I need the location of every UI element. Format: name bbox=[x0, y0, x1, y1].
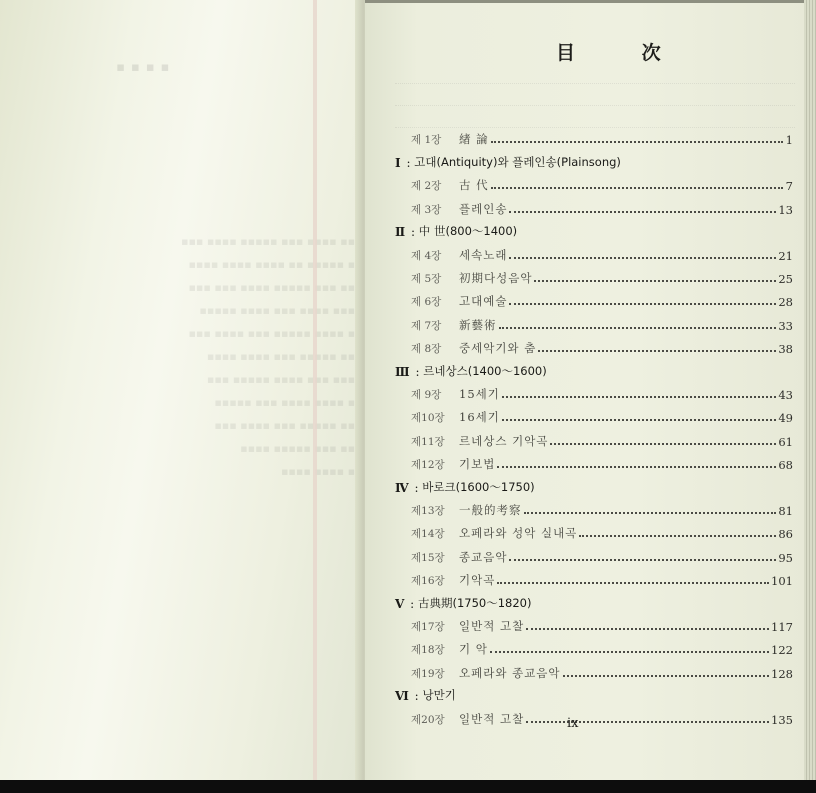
page-crease bbox=[313, 0, 317, 782]
dot-leader bbox=[534, 280, 776, 282]
toc-entry: 제 1장 緖 論 1 bbox=[393, 124, 793, 147]
page-number: 28 bbox=[778, 295, 793, 309]
chapter-title: 일반적 고찰 bbox=[455, 711, 524, 727]
toc-entry: 제 8장 중세악기와 춤 38 bbox=[393, 333, 793, 356]
toc-entry: 제17장 일반적 고찰 117 bbox=[393, 611, 793, 634]
dot-leader bbox=[526, 628, 769, 630]
toc-part-heading: Ⅱ : 中 世(800～1400) bbox=[393, 217, 793, 240]
chapter-title: 플레인송 bbox=[455, 201, 507, 217]
chapter-number: 제 2장 bbox=[411, 178, 455, 193]
part-title: 낭만기 bbox=[422, 687, 455, 703]
page-number: 1 bbox=[785, 133, 793, 147]
page-fore-edge bbox=[804, 0, 816, 782]
chapter-title: 古 代 bbox=[455, 177, 489, 193]
dot-leader bbox=[524, 512, 777, 514]
page-number: 117 bbox=[771, 620, 793, 634]
dot-leader bbox=[497, 466, 776, 468]
dot-leader bbox=[502, 419, 777, 421]
dot-leader bbox=[497, 582, 769, 584]
part-numeral: Ⅱ bbox=[395, 225, 405, 239]
chapter-title: 종교음악 bbox=[455, 549, 507, 565]
toc-entry: 제12장 기보법 68 bbox=[393, 449, 793, 472]
chapter-number: 제 3장 bbox=[411, 202, 455, 217]
chapter-number: 제 7장 bbox=[411, 318, 455, 333]
chapter-number: 제13장 bbox=[411, 503, 455, 518]
chapter-number: 제 1장 bbox=[411, 132, 455, 147]
chapter-number: 제16장 bbox=[411, 573, 455, 588]
part-title: 바로크(1600～1750) bbox=[422, 479, 534, 495]
page-number: 38 bbox=[778, 342, 793, 356]
chapter-number: 제15장 bbox=[411, 550, 455, 565]
page-number: 128 bbox=[771, 667, 793, 681]
part-numeral: Ⅲ bbox=[395, 365, 410, 379]
page-number: 49 bbox=[778, 411, 793, 425]
dot-leader bbox=[579, 535, 776, 537]
page-number: 61 bbox=[778, 435, 793, 449]
chapter-number: 제11장 bbox=[411, 434, 455, 449]
toc-entry: 제 9장 15세기 43 bbox=[393, 379, 793, 402]
page-number: 135 bbox=[771, 713, 793, 727]
bleed-through-heading: ▪▪▪▪ bbox=[110, 60, 169, 75]
page-number: 7 bbox=[785, 179, 793, 193]
page-title: 目 次 bbox=[556, 38, 691, 65]
toc-entry: 제11장 르네상스 기악곡 61 bbox=[393, 425, 793, 448]
chapter-title: 初期다성음악 bbox=[455, 270, 532, 286]
bleed-through-lines bbox=[395, 62, 795, 128]
page-number: 81 bbox=[778, 504, 793, 518]
dot-leader bbox=[550, 443, 776, 445]
chapter-title: 新藝術 bbox=[455, 317, 497, 333]
chapter-number: 제 8장 bbox=[411, 341, 455, 356]
dot-leader bbox=[538, 350, 776, 352]
toc-entry: 제 4장 세속노래 21 bbox=[393, 239, 793, 262]
toc-part-heading: Ⅲ : 르네상스(1400～1600) bbox=[393, 356, 793, 379]
chapter-number: 제18장 bbox=[411, 642, 455, 657]
chapter-title: 일반적 고찰 bbox=[455, 618, 524, 634]
dot-leader bbox=[526, 721, 769, 723]
chapter-number: 제19장 bbox=[411, 666, 455, 681]
part-title: 中 世(800～1400) bbox=[419, 223, 517, 239]
toc-entry: 제 6장 고대예술 28 bbox=[393, 286, 793, 309]
toc-entry: 제20장 일반적 고찰 135 bbox=[393, 703, 793, 726]
dot-leader bbox=[502, 396, 777, 398]
chapter-title: 一般的考察 bbox=[455, 502, 522, 518]
chapter-title: 중세악기와 춤 bbox=[455, 340, 536, 356]
toc-entry: 제19장 오페라와 종교음악 128 bbox=[393, 657, 793, 680]
toc-entry: 제 3장 플레인송 13 bbox=[393, 193, 793, 216]
toc-entry: 제 2장 古 代 7 bbox=[393, 170, 793, 193]
chapter-number: 제 9장 bbox=[411, 387, 455, 402]
chapter-number: 제10장 bbox=[411, 410, 455, 425]
part-numeral: Ⅰ bbox=[395, 156, 401, 170]
page-number: 122 bbox=[771, 643, 793, 657]
scanner-bed-edge bbox=[0, 780, 816, 793]
dot-leader bbox=[509, 257, 776, 259]
chapter-title: 오페라와 종교음악 bbox=[455, 665, 561, 681]
toc-entry: 제10장 16세기 49 bbox=[393, 402, 793, 425]
chapter-number: 제 5장 bbox=[411, 271, 455, 286]
toc-entry: 제14장 오페라와 성악 실내곡 86 bbox=[393, 518, 793, 541]
chapter-title: 기보법 bbox=[455, 456, 495, 472]
chapter-title: 세속노래 bbox=[455, 247, 507, 263]
chapter-title: 르네상스 기악곡 bbox=[455, 433, 548, 449]
part-title: 르네상스(1400～1600) bbox=[423, 363, 546, 379]
part-numeral: Ⅴ bbox=[395, 597, 404, 611]
dot-leader bbox=[499, 327, 777, 329]
toc-entry: 제16장 기악곡 101 bbox=[393, 565, 793, 588]
toc-entry: 제 5장 初期다성음악 25 bbox=[393, 263, 793, 286]
dot-leader bbox=[491, 141, 783, 143]
page-top-edge bbox=[365, 0, 816, 3]
dot-leader bbox=[563, 675, 770, 677]
dot-leader bbox=[509, 211, 776, 213]
dot-leader bbox=[491, 187, 783, 189]
toc-part-heading: Ⅰ : 고대(Antiquity)와 플레인송(Plainsong) bbox=[393, 147, 793, 170]
toc-part-heading: Ⅵ : 낭만기 bbox=[393, 681, 793, 704]
bleed-through-text: ▪▪▪▪ ▪▪▪▪ ▪▪▪ ▪▪▪▪▪ ▪▪▪▪ ▪▪▪▪▪▪ ▪▪▪▪▪ ▪▪… bbox=[70, 230, 370, 530]
page-number: 86 bbox=[778, 527, 793, 541]
toc-entry: 제18장 기 악 122 bbox=[393, 634, 793, 657]
page-number: 13 bbox=[778, 203, 793, 217]
chapter-title: 緖 論 bbox=[455, 131, 489, 147]
page-number: 33 bbox=[778, 319, 793, 333]
chapter-title: 오페라와 성악 실내곡 bbox=[455, 525, 577, 541]
toc-entry: 제 7장 新藝術 33 bbox=[393, 309, 793, 332]
left-page-blank: ▪▪▪▪ ▪▪▪▪ ▪▪▪▪ ▪▪▪ ▪▪▪▪▪ ▪▪▪▪ ▪▪▪▪▪▪ ▪▪▪… bbox=[0, 0, 355, 782]
chapter-title: 고대예술 bbox=[455, 293, 507, 309]
page-number: 43 bbox=[778, 388, 793, 402]
toc-entry: 제13장 一般的考察 81 bbox=[393, 495, 793, 518]
chapter-title: 15세기 bbox=[455, 386, 500, 402]
book-spread: ▪▪▪▪ ▪▪▪▪ ▪▪▪▪ ▪▪▪ ▪▪▪▪▪ ▪▪▪▪ ▪▪▪▪▪▪ ▪▪▪… bbox=[0, 0, 816, 782]
dot-leader bbox=[490, 651, 769, 653]
page-number: 101 bbox=[771, 574, 793, 588]
toc-part-heading: Ⅳ : 바로크(1600～1750) bbox=[393, 472, 793, 495]
page-folio: ix bbox=[567, 716, 579, 731]
chapter-number: 제12장 bbox=[411, 457, 455, 472]
chapter-number: 제17장 bbox=[411, 619, 455, 634]
page-number: 25 bbox=[778, 272, 793, 286]
page-number: 68 bbox=[778, 458, 793, 472]
chapter-number: 제20장 bbox=[411, 712, 455, 727]
part-numeral: Ⅵ bbox=[395, 689, 409, 703]
table-of-contents: 제 1장 緖 論 1 Ⅰ : 고대(Antiquity)와 플레인송(Plain… bbox=[393, 124, 793, 727]
part-title: 古典期(1750～1820) bbox=[418, 595, 532, 611]
chapter-number: 제 4장 bbox=[411, 248, 455, 263]
dot-leader bbox=[509, 559, 776, 561]
dot-leader bbox=[509, 303, 776, 305]
page-number: 21 bbox=[778, 249, 793, 263]
toc-entry: 제15장 종교음악 95 bbox=[393, 541, 793, 564]
chapter-number: 제 6장 bbox=[411, 294, 455, 309]
chapter-title: 16세기 bbox=[455, 409, 500, 425]
part-title: 고대(Antiquity)와 플레인송(Plainsong) bbox=[414, 154, 621, 170]
chapter-title: 기 악 bbox=[455, 641, 488, 657]
page-number: 95 bbox=[778, 551, 793, 565]
chapter-number: 제14장 bbox=[411, 526, 455, 541]
toc-part-heading: Ⅴ : 古典期(1750～1820) bbox=[393, 588, 793, 611]
part-numeral: Ⅳ bbox=[395, 481, 409, 495]
chapter-title: 기악곡 bbox=[455, 572, 495, 588]
